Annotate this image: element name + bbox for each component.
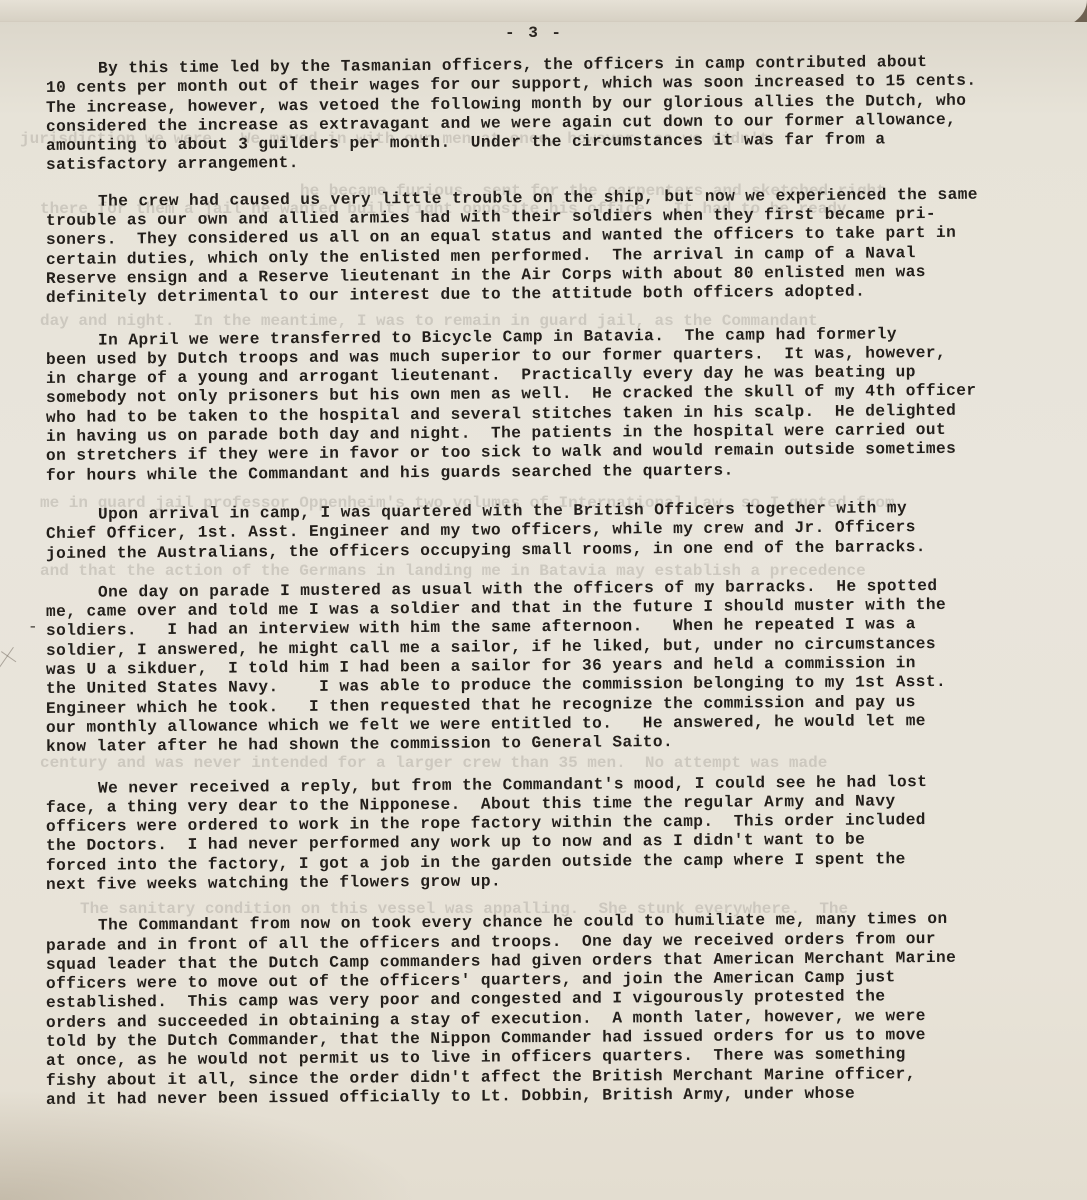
paragraph-rope-factory: We never received a reply, but from the … [46,780,1066,896]
document-body: By this time led by the Tasmanian office… [46,60,1066,1130]
paragraph-parade-commission: One day on parade I mustered as usual wi… [46,584,1066,758]
paragraph-crew-trouble: The crew had caused us very little troub… [46,193,1066,309]
paragraph-support-allowance: By this time led by the Tasmanian office… [46,60,1066,176]
paragraph-humiliation-orders: The Commandant from now on took every ch… [46,917,1066,1110]
page-number: - 3 - [505,24,563,42]
pencil-cross-mark [0,647,35,687]
paragraph-quarters: Upon arrival in camp, I was quartered wi… [46,506,1066,564]
typewritten-page: - 3 - jurisdiction we were. We moved in … [0,22,1087,1200]
paragraph-bicycle-camp: In April we were transferred to Bicycle … [46,332,1066,486]
margin-dash-mark: - [28,618,38,636]
